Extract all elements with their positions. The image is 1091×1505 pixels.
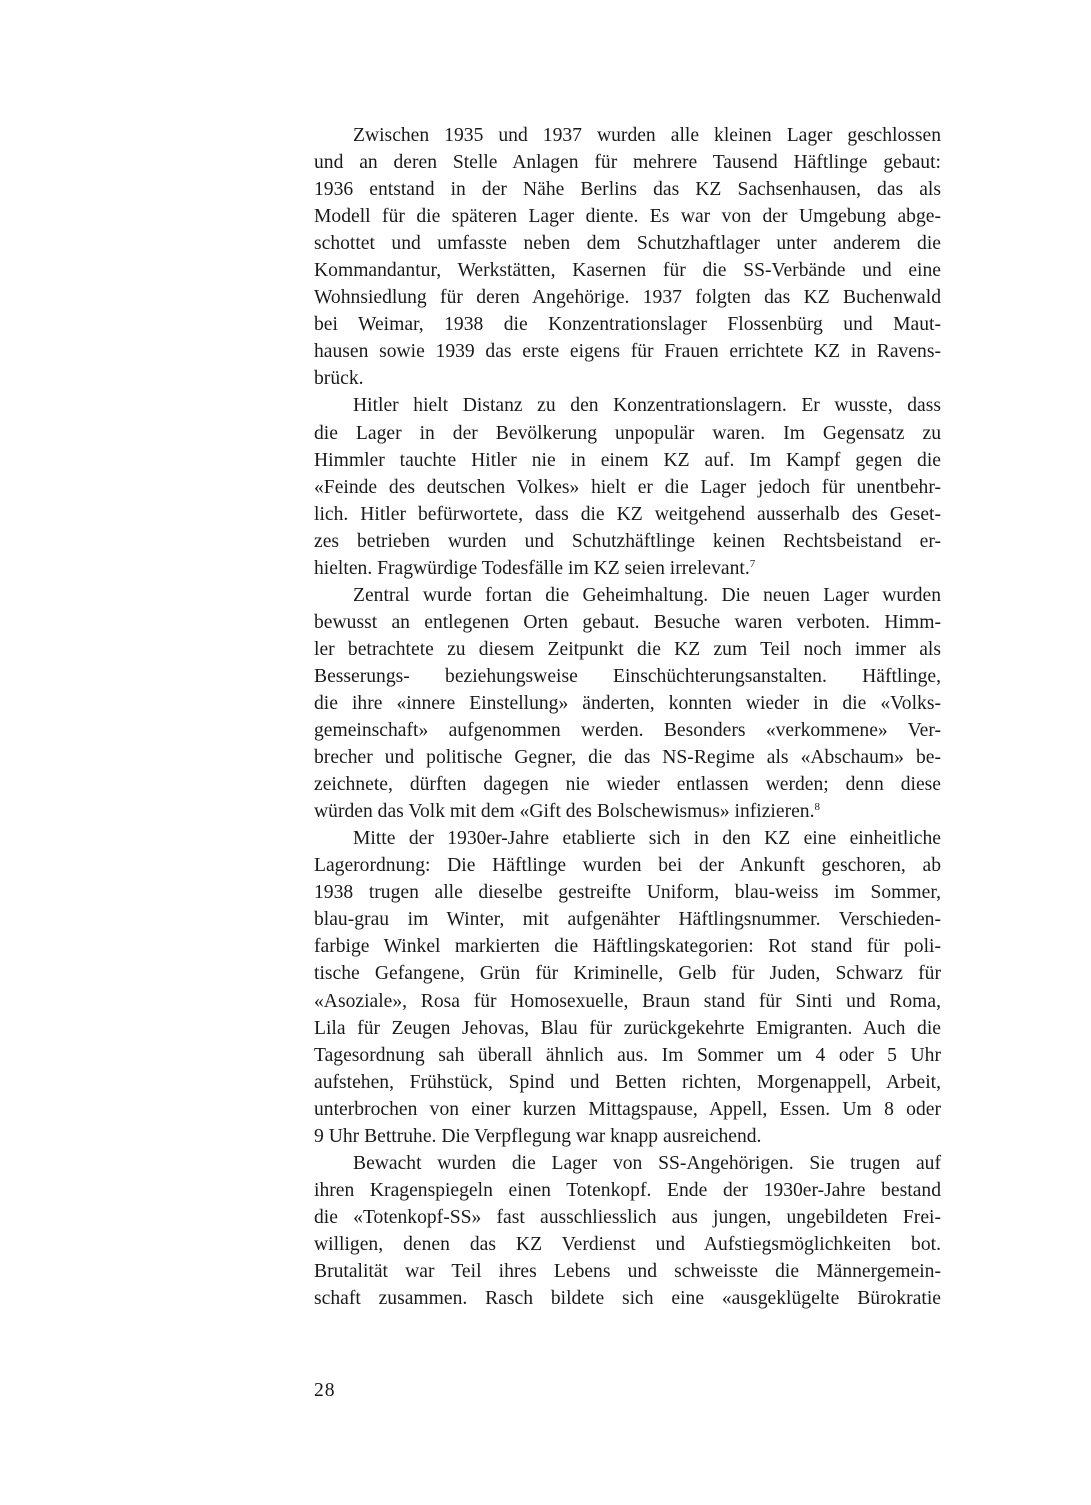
paragraph-3: Zentral wurde fortan die Geheimhaltung. …	[314, 582, 941, 825]
text-line-content: würden das Volk mit dem «Gift des Bolsch…	[314, 801, 814, 822]
text-line: Modell für die späteren Lager diente. Es…	[314, 203, 941, 230]
text-line: Zentral wurde fortan die Geheimhaltung. …	[314, 582, 941, 609]
text-line: tische Gefangene, Grün für Kriminelle, G…	[314, 960, 941, 987]
text-line: schaft zusammen. Rasch bildete sich eine…	[314, 1285, 941, 1312]
text-line: bewusst an entlegenen Orten gebaut. Besu…	[314, 609, 941, 636]
text-line: hausen sowie 1939 das erste eigens für F…	[314, 338, 941, 365]
body-text: Zwischen 1935 und 1937 wurden alle klein…	[314, 122, 941, 1312]
text-line: ler betrachtete zu diesem Zeitpunkt die …	[314, 636, 941, 663]
text-line: aufstehen, Frühstück, Spind und Betten r…	[314, 1069, 941, 1096]
text-line: gemeinschaft» aufgenommen werden. Besond…	[314, 717, 941, 744]
text-line: Brutalität war Teil ihres Lebens und sch…	[314, 1258, 941, 1285]
paragraph-2: Hitler hielt Distanz zu den Konzentratio…	[314, 392, 941, 581]
text-line: die Lager in der Bevölkerung unpopulär w…	[314, 420, 941, 447]
text-line: würden das Volk mit dem «Gift des Bolsch…	[314, 798, 941, 825]
text-line: brück.	[314, 365, 941, 392]
text-line-content: hielten. Fragwürdige Todesfälle im KZ se…	[314, 558, 750, 579]
paragraph-5: Bewacht wurden die Lager von SS-Angehöri…	[314, 1150, 941, 1312]
text-line: und an deren Stelle Anlagen für mehrere …	[314, 149, 941, 176]
text-line: hielten. Fragwürdige Todesfälle im KZ se…	[314, 555, 941, 582]
text-line: Besserungs- beziehungsweise Einschüchter…	[314, 663, 941, 690]
footnote-marker[interactable]: 7	[750, 558, 756, 570]
text-line: zes betrieben wurden und Schutzhäftlinge…	[314, 528, 941, 555]
text-line: zeichnete, dürften dagegen nie wieder en…	[314, 771, 941, 798]
text-line: Wohnsiedlung für deren Angehörige. 1937 …	[314, 284, 941, 311]
text-line: Zwischen 1935 und 1937 wurden alle klein…	[314, 122, 941, 149]
text-line: blau-grau im Winter, mit aufgenähter Häf…	[314, 906, 941, 933]
text-line: 1936 entstand in der Nähe Berlins das KZ…	[314, 176, 941, 203]
text-line: bei Weimar, 1938 die Konzentrationslager…	[314, 311, 941, 338]
text-line: Mitte der 1930er-Jahre etablierte sich i…	[314, 825, 941, 852]
text-line: Bewacht wurden die Lager von SS-Angehöri…	[314, 1150, 941, 1177]
text-line: brecher und politische Gegner, die das N…	[314, 744, 941, 771]
text-line: schottet und umfasste neben dem Schutzha…	[314, 230, 941, 257]
text-line: «Feinde des deutschen Volkes» hielt er d…	[314, 474, 941, 501]
paragraph-1: Zwischen 1935 und 1937 wurden alle klein…	[314, 122, 941, 392]
text-line: Tagesordnung sah überall ähnlich aus. Im…	[314, 1042, 941, 1069]
text-line: Lila für Zeugen Jehovas, Blau für zurück…	[314, 1015, 941, 1042]
footnote-marker[interactable]: 8	[814, 801, 820, 813]
text-line: unterbrochen von einer kurzen Mittagspau…	[314, 1096, 941, 1123]
page-number: 28	[314, 1380, 336, 1402]
text-line: Hitler hielt Distanz zu den Konzentratio…	[314, 392, 941, 419]
text-line: die «Totenkopf-SS» fast ausschliesslich …	[314, 1204, 941, 1231]
text-line: ihren Kragenspiegeln einen Totenkopf. En…	[314, 1177, 941, 1204]
text-line: lich. Hitler befürwortete, dass die KZ w…	[314, 501, 941, 528]
book-page: Zwischen 1935 und 1937 wurden alle klein…	[0, 0, 1091, 1505]
text-line: Kommandantur, Werkstätten, Kasernen für …	[314, 257, 941, 284]
text-line: farbige Winkel markierten die Häftlingsk…	[314, 933, 941, 960]
paragraph-4: Mitte der 1930er-Jahre etablierte sich i…	[314, 825, 941, 1150]
text-line: 9 Uhr Bettruhe. Die Verpflegung war knap…	[314, 1123, 941, 1150]
text-line: willigen, denen das KZ Verdienst und Auf…	[314, 1231, 941, 1258]
text-line: Himmler tauchte Hitler nie in einem KZ a…	[314, 447, 941, 474]
text-line: die ihre «innere Einstellung» änderten, …	[314, 690, 941, 717]
text-line: «Asoziale», Rosa für Homosexuelle, Braun…	[314, 988, 941, 1015]
text-line: Lagerordnung: Die Häftlinge wurden bei d…	[314, 852, 941, 879]
text-line: 1938 trugen alle dieselbe gestreifte Uni…	[314, 879, 941, 906]
